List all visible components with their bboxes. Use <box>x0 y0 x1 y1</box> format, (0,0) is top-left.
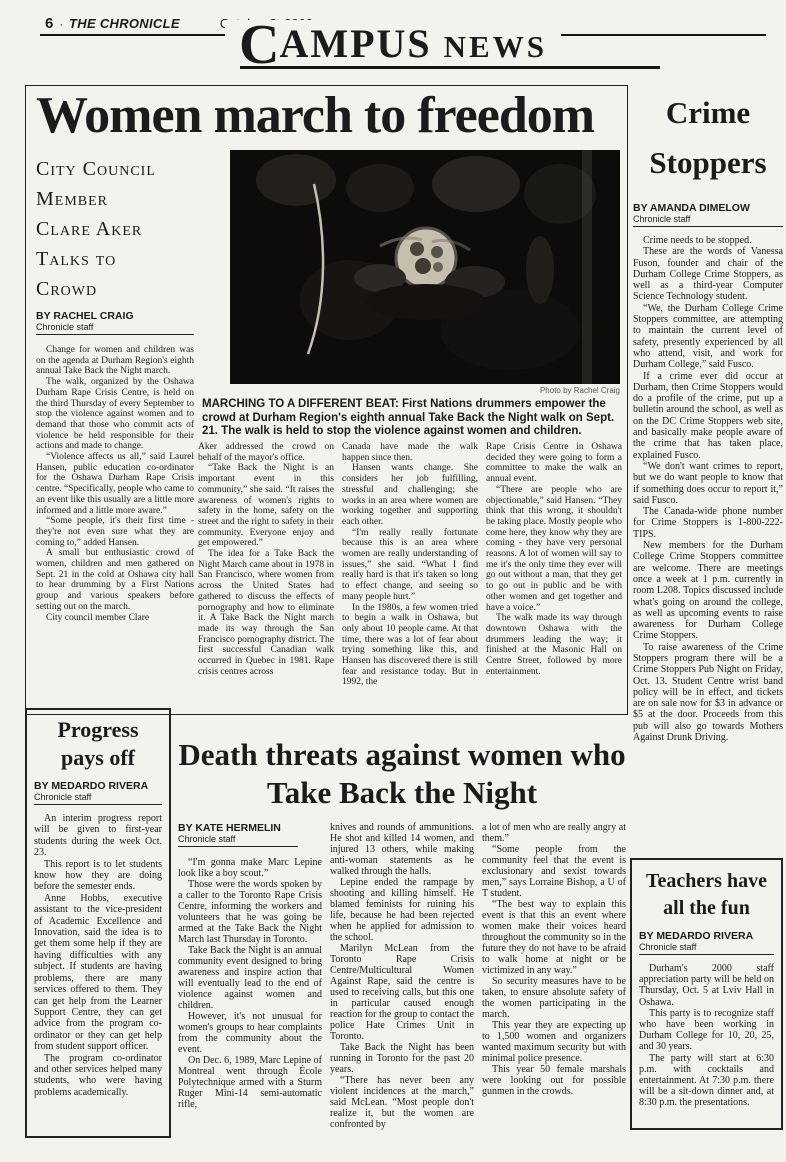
paragraph: Marilyn McLean from the Toronto Rape Cri… <box>330 943 474 1042</box>
paragraph: Hansen wants change. She considers her j… <box>342 463 478 527</box>
photo-caption: MARCHING TO A DIFFERENT BEAT: First Nati… <box>202 398 620 439</box>
paragraph: Rape Crisis Centre in Oshawa decided the… <box>486 442 622 485</box>
section-title-rest: AMPUS <box>279 21 431 66</box>
byline-author: BY RACHEL CRAIG <box>36 310 194 322</box>
crime-stoppers-byline: BY AMANDA DIMELOW Chronicle staff <box>633 202 783 227</box>
paragraph: Aker addressed the crowd on behalf of th… <box>198 442 334 463</box>
byline-author: BY KATE HERMELIN <box>178 822 298 834</box>
paragraph: So security measures have to be taken, t… <box>482 976 626 1020</box>
lead-column-2: Aker addressed the crowd on behalf of th… <box>198 442 334 708</box>
paragraph: A small but enthusiastic crowd of women,… <box>36 548 194 612</box>
crime-stoppers-article: Crime Stoppers BY AMANDA DIMELOW Chronic… <box>633 88 783 743</box>
byline-staff: Chronicle staff <box>639 942 774 955</box>
crime-stoppers-body: Crime needs to be stopped.These are the … <box>633 235 783 743</box>
teachers-body: Durham's 2000 staff appreciation party w… <box>639 963 774 1109</box>
paragraph: The walk, organized by the Oshawa Durham… <box>36 377 194 452</box>
byline-staff: Chronicle staff <box>36 322 194 335</box>
paragraph: In the 1980s, a few women tried to begin… <box>342 603 478 689</box>
paragraph: Those were the words spoken by a caller … <box>178 879 322 945</box>
lead-headline: Women march to freedom <box>36 86 594 146</box>
death-threats-byline: BY KATE HERMELIN Chronicle staff <box>178 822 298 847</box>
progress-byline: BY MEDARDO RIVERA Chronicle staff <box>34 780 162 805</box>
paragraph: This year they are expecting up to 1,500… <box>482 1020 626 1064</box>
paragraph: “We don't want crimes to report, but we … <box>633 461 783 506</box>
death-column-2: knives and rounds of ammunitions. He sho… <box>330 822 474 1134</box>
paragraph: Take Back the Night has been running in … <box>330 1042 474 1075</box>
lead-column-4: Rape Crisis Centre in Oshawa decided the… <box>486 442 622 708</box>
byline-staff: Chronicle staff <box>34 792 162 805</box>
byline-staff: Chronicle staff <box>178 834 298 847</box>
kicker-line: City Council <box>36 154 194 184</box>
death-threats-article: Death threats against women who Take Bac… <box>178 736 626 1134</box>
byline-author: BY AMANDA DIMELOW <box>633 202 783 214</box>
paragraph: New members for the Durham College Crime… <box>633 540 783 642</box>
lead-bottom-columns: Aker addressed the crowd on behalf of th… <box>198 442 622 708</box>
byline-author: BY MEDARDO RIVERA <box>639 930 774 942</box>
lead-byline: BY RACHEL CRAIG Chronicle staff <box>36 310 194 335</box>
paragraph: Anne Hobbs, executive assistant to the v… <box>34 893 162 1053</box>
paragraph: Crime needs to be stopped. <box>633 235 783 246</box>
progress-headline: Progress pays off <box>34 716 162 772</box>
death-column-1-body: “I'm gonna make Marc Lepine look like a … <box>178 857 322 1110</box>
paragraph: Canada have made the walk happen since t… <box>342 442 478 463</box>
paragraph: The idea for a Take Back the Night March… <box>198 549 334 677</box>
lead-column-1: Change for women and children was on the… <box>36 345 194 623</box>
paragraph: “The best way to explain this event is t… <box>482 899 626 976</box>
paragraph: “Some people from the community feel tha… <box>482 844 626 899</box>
lead-left-column: City CouncilMemberClare AkerTalks toCrow… <box>36 154 194 623</box>
paragraph: a lot of men who are really angry at the… <box>482 822 626 844</box>
death-column-3: a lot of men who are really angry at the… <box>482 822 626 1134</box>
paragraph: “Some people, it's their first time - th… <box>36 516 194 548</box>
progress-body: An interim progress report will be given… <box>34 813 162 1098</box>
kicker-line: Crowd <box>36 274 194 304</box>
paragraph: “I'm really really fortunate because thi… <box>342 528 478 603</box>
paragraph: Change for women and children was on the… <box>36 345 194 377</box>
paragraph: Take Back the Night is an annual communi… <box>178 945 322 1011</box>
paragraph: If a crime ever did occur at Durham, the… <box>633 371 783 461</box>
paragraph: This report is to let students know how … <box>34 859 162 893</box>
teachers-byline: BY MEDARDO RIVERA Chronicle staff <box>639 930 774 955</box>
paragraph: “I'm gonna make Marc Lepine look like a … <box>178 857 322 879</box>
death-column-1: BY KATE HERMELIN Chronicle staff “I'm go… <box>178 822 322 1134</box>
drummers-photo-illustration <box>230 150 620 384</box>
paragraph: On Dec. 6, 1989, Marc Lepine of Montreal… <box>178 1055 322 1110</box>
article-photo <box>230 150 620 384</box>
kicker-line: Clare Aker <box>36 214 194 244</box>
paragraph: “Take Back the Night is an important eve… <box>198 463 334 549</box>
death-threats-columns: BY KATE HERMELIN Chronicle staff “I'm go… <box>178 822 626 1134</box>
paragraph: “We, the Durham College Crime Stoppers c… <box>633 303 783 371</box>
crime-stoppers-headline: Crime Stoppers <box>633 88 783 188</box>
paragraph: These are the words of Vanessa Fuson, fo… <box>633 246 783 302</box>
paragraph: However, it's not unusual for women's gr… <box>178 1011 322 1055</box>
paragraph: “There has never been any violent incide… <box>330 1075 474 1130</box>
paragraph: The Canada-wide phone number for Crime S… <box>633 506 783 540</box>
paragraph: knives and rounds of ammunitions. He sho… <box>330 822 474 877</box>
kicker-line: Talks to <box>36 244 194 274</box>
paragraph: City council member Clare <box>36 613 194 624</box>
paragraph: Durham's 2000 staff appreciation party w… <box>639 963 774 1008</box>
paragraph: The program co-ordinator and other servi… <box>34 1053 162 1099</box>
paragraph: Lepine ended the rampage by shooting and… <box>330 877 474 943</box>
paragraph: To raise awareness of the Crime Stoppers… <box>633 642 783 744</box>
paragraph: This party is to recognize staff who hav… <box>639 1008 774 1053</box>
lead-column-3: Canada have made the walk happen since t… <box>342 442 478 708</box>
teachers-article: Teachers have all the fun BY MEDARDO RIV… <box>630 858 783 1130</box>
progress-article: Progress pays off BY MEDARDO RIVERA Chro… <box>25 708 171 1138</box>
kicker-line: Member <box>36 184 194 214</box>
paragraph: “There are people who are objectionable,… <box>486 485 622 613</box>
paragraph: “Violence affects us all,” said Laurel H… <box>36 452 194 516</box>
byline-staff: Chronicle staff <box>633 214 783 227</box>
paragraph: The party will start at 6:30 p.m. with c… <box>639 1053 774 1109</box>
lead-article: Women march to freedom City CouncilMembe… <box>25 85 628 715</box>
masthead-underline <box>240 66 660 69</box>
paragraph: This year 50 female marshals were lookin… <box>482 1064 626 1097</box>
newspaper-page: 6 · THE CHRONICLE October 3, 2000 CAMPUS… <box>0 0 786 1162</box>
death-threats-headline: Death threats against women who Take Bac… <box>178 736 626 812</box>
section-masthead: CAMPUSNEWS <box>0 20 786 68</box>
section-title-second: NEWS <box>444 29 547 64</box>
teachers-headline: Teachers have all the fun <box>639 868 774 922</box>
section-title: CAMPUSNEWS <box>225 20 561 68</box>
paragraph: An interim progress report will be given… <box>34 813 162 859</box>
lead-kicker: City CouncilMemberClare AkerTalks toCrow… <box>36 154 194 304</box>
photo-credit: Photo by Rachel Craig <box>230 386 620 395</box>
byline-author: BY MEDARDO RIVERA <box>34 780 162 792</box>
paragraph: The walk made its way through downtown O… <box>486 613 622 677</box>
